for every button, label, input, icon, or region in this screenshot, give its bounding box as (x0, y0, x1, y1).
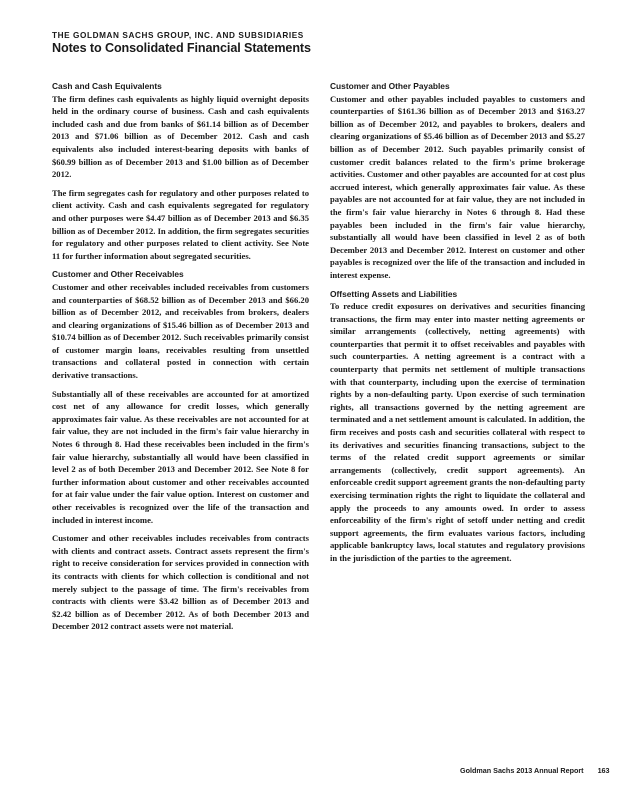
page-header: The Goldman Sachs Group, Inc. and Subsid… (52, 30, 572, 56)
page-number: 163 (598, 766, 610, 775)
section-heading-payables: Customer and Other Payables (330, 80, 585, 93)
page-footer: Goldman Sachs 2013 Annual Report 163 (460, 766, 610, 776)
paragraph: The firm defines cash equivalents as hig… (52, 93, 309, 181)
section-heading-cash: Cash and Cash Equivalents (52, 80, 309, 93)
paragraph: Customer and other receivables included … (52, 281, 309, 382)
section-heading-receivables: Customer and Other Receivables (52, 268, 309, 281)
report-name: Goldman Sachs 2013 Annual Report (460, 766, 584, 775)
page-title: Notes to Consolidated Financial Statemen… (52, 41, 572, 56)
paragraph: Customer and other payables included pay… (330, 93, 585, 282)
paragraph: Substantially all of these receivables a… (52, 388, 309, 527)
left-column: Cash and Cash Equivalents The firm defin… (52, 80, 309, 639)
section-heading-offsetting: Offsetting Assets and Liabilities (330, 288, 585, 301)
company-name: The Goldman Sachs Group, Inc. and Subsid… (52, 30, 572, 41)
paragraph: The firm segregates cash for regulatory … (52, 187, 309, 263)
paragraph: To reduce credit exposures on derivative… (330, 300, 585, 564)
right-column: Customer and Other Payables Customer and… (330, 80, 585, 571)
paragraph: Customer and other receivables includes … (52, 532, 309, 633)
